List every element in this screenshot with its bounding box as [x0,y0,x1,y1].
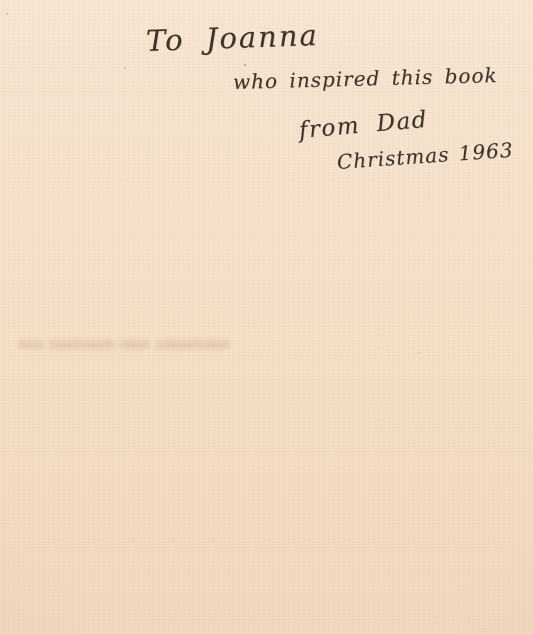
paper-speck [418,352,420,354]
paper-speck [124,67,126,69]
paper-speck [6,13,8,15]
book-endpaper-photo: To Joanna who inspired this book from Da… [0,0,533,634]
ghost-word [49,340,115,349]
show-through-ghost-text [18,337,232,353]
inscription-line-who-inspired: who inspired this book [233,63,498,94]
photo-vignette [0,0,533,634]
paper-speck [244,64,246,66]
inscription-line-to-joanna: To Joanna [145,18,319,58]
ghost-word [18,340,44,349]
ghost-word [119,340,150,349]
ghost-word [156,340,230,349]
inscription-line-from-dad: from Dad [298,107,429,144]
inscription-line-christmas-1963: Christmas 1963 [336,138,514,174]
paper-grain-texture [0,0,533,634]
